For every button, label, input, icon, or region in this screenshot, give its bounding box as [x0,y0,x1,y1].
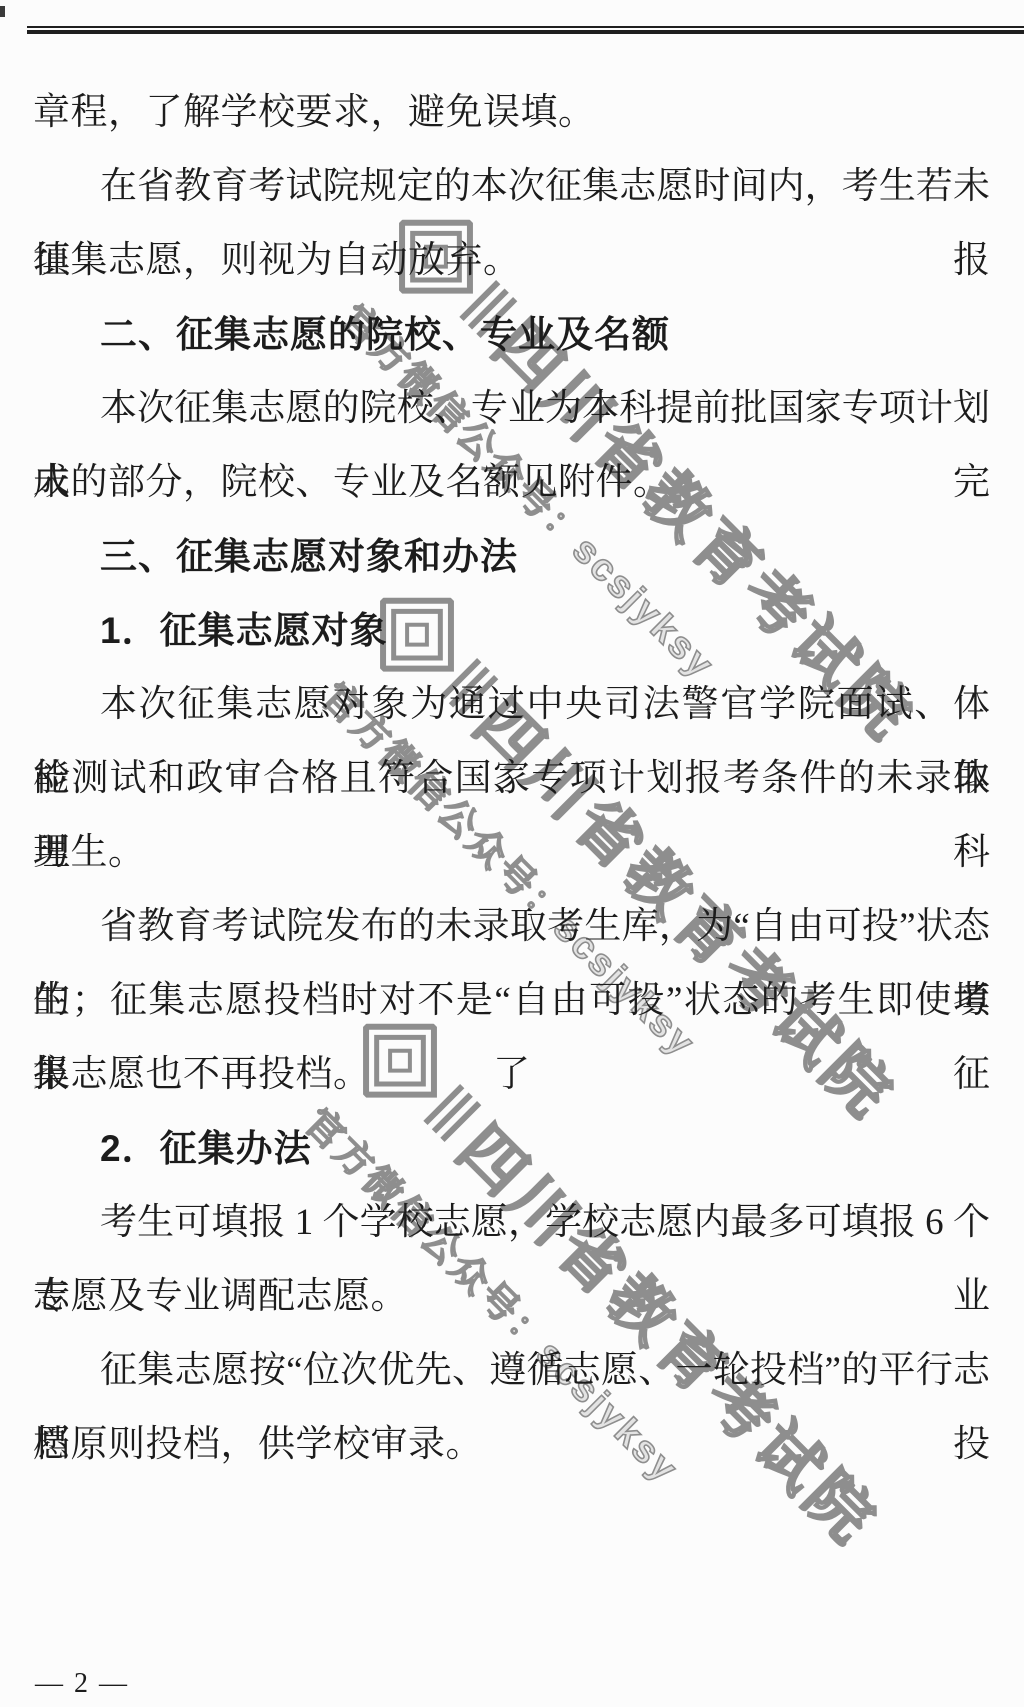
text-line: 三、征集志愿对象和办法 [33,520,990,594]
text-line: 征集志愿按“位次优先、遵循志愿、一轮投档”的平行志愿投 [33,1334,990,1408]
text-line: 2．征集办法 [33,1112,990,1186]
page-number: — 2 — [35,1668,129,1700]
document-page: 四川省教育考试院 官方微信公众号：scsjyksy 四川省教育考试院 官方微信公… [0,0,1024,1707]
text-line: 在省教育考试院规定的本次征集志愿时间内，考生若未填报 [33,150,990,224]
text-line: 能测试和政审合格且符合国家专项计划报考条件的未录取理科 [33,742,990,816]
header-rule [27,26,1024,34]
header-rule-thick-line [27,30,1024,34]
scan-artifact-mark [0,6,5,17]
text-line: 1．征集志愿对象 [33,594,990,668]
text-line: 考生可填报 1 个学校志愿，学校志愿内最多可填报 6 个专业 [33,1186,990,1260]
document-body: 章程，了解学校要求，避免误填。在省教育考试院规定的本次征集志愿时间内，考生若未填… [33,76,990,1482]
text-line: 二、征集志愿的院校、专业及名额 [33,298,990,372]
text-line: 本次征集志愿对象为通过中央司法警官学院面试、体检、体 [33,668,990,742]
text-line: 本次征集志愿的院校、专业为本科提前批国家专项计划未完 [33,372,990,446]
text-line: 章程，了解学校要求，避免误填。 [33,76,990,150]
text-line: 省教育考试院发布的未录取考生库，为“自由可投”状态的考 [33,890,990,964]
text-line: 生；征集志愿投档时对不是“自由可投”状态的考生即使填报了征 [33,964,990,1038]
